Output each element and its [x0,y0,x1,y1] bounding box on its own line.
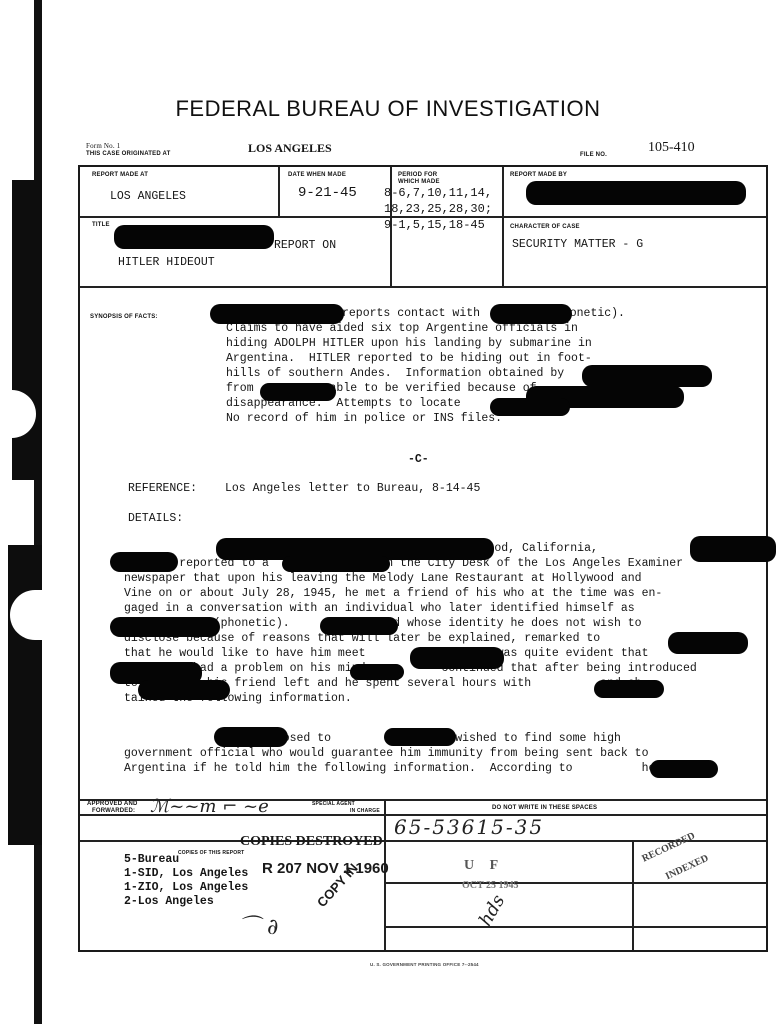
binding-edge [34,0,42,1024]
character-value: SECURITY MATTER - G [512,237,643,252]
file-no-value: 105-410 [648,140,695,155]
redaction [410,647,504,669]
synopsis-label: SYNOPSIS OF FACTS: [90,314,158,320]
footer-divider [384,926,766,928]
footer-divider [632,840,634,950]
redaction [650,760,718,778]
case-originated-label: THIS CASE ORIGINATED AT [86,151,171,157]
details-line: newspaper that upon his leaving the Melo… [124,571,697,586]
distribution-item: 1-SID, Los Angeles [124,867,248,881]
synopsis-line: hiding ADOLPH HITLER upon his landing by… [226,336,625,351]
redaction-agent-name [526,181,746,205]
form-number: Form No. 1 [86,142,120,150]
details-line: government official who would guarantee … [124,746,655,761]
reference-text: Los Angeles letter to Bureau, 8-14-45 [225,481,480,496]
file-no-label: FILE NO. [580,152,607,158]
character-label: CHARACTER OF CASE [510,224,580,230]
redaction [690,536,776,562]
redaction [138,680,230,700]
copies-destroyed-stamp: COPIES DESTROYED [240,834,383,850]
agency-title: FEDERAL BUREAU OF INVESTIGATION [0,96,776,122]
in-charge-label: IN CHARGE [350,808,380,814]
period-label: PERIOD FOR [398,172,437,178]
date-made-value: 9-21-45 [298,186,357,201]
reference-label: REFERENCE: [128,481,197,496]
report-made-at-label: REPORT MADE AT [92,172,148,178]
distribution-item: 5-Bureau [124,853,248,867]
received-date-fragment: OCT 25 1945 [462,880,519,891]
redaction [384,728,456,746]
details-line: Argentina if he told him the following i… [124,761,655,776]
approved-label: APPROVED AND [87,801,138,807]
details-label: DETAILS: [128,511,183,526]
redaction-informant [210,304,344,324]
special-agent-label: SPECIAL AGENT [312,801,355,807]
redaction [490,398,570,416]
printer-line: U. S. GOVERNMENT PRINTING OFFICE 7--2544 [370,962,479,967]
distribution-item: 1-ZIO, Los Angeles [124,881,248,895]
synopsis-line: Argentina. HITLER reported to be hiding … [226,351,625,366]
redaction [260,383,336,401]
period-label-2: WHICH MADE [398,179,440,185]
title-label: TITLE [92,222,110,228]
title-value-1: REPORT ON [274,238,336,253]
synopsis-line: hills of southern Andes. Information obt… [226,366,625,381]
period-line-2: 18,23,25,28,30; [384,202,492,217]
classification-mark: -C- [408,452,429,467]
details-line: Vine on or about July 28, 1945, he met a… [124,586,697,601]
redaction [110,617,220,637]
period-line-3: 9-1,5,15,18-45 [384,218,485,233]
redaction-title [114,225,274,249]
redaction-contact [490,304,572,324]
grid-divider [80,286,766,288]
handwritten-initials: ⌒ ∂ [238,910,278,941]
redaction [350,664,404,680]
date-made-label: DATE WHEN MADE [288,172,346,178]
redaction [320,617,398,635]
report-made-at-value: LOS ANGELES [110,189,186,204]
distribution-item: 2-Los Angeles [124,895,248,909]
destroyed-date-stamp: R 207 NOV 1 1960 [262,860,389,877]
report-made-by-label: REPORT MADE BY [510,172,567,178]
redaction [214,727,288,747]
grid-divider [502,167,504,287]
recorded-file-number: 65-53615-35 [394,815,544,839]
do-not-write-label: DO NOT WRITE IN THESE SPACES [492,805,597,811]
details-line: gaged in a conversation with an individu… [124,601,697,616]
redaction [282,556,390,572]
received-stamp-fragment: U F [464,858,504,874]
case-originated-value: LOS ANGELES [248,141,332,156]
handwritten-signature: ℳ~~m ⌐ ~e [150,796,269,817]
forwarded-label: FORWARDED: [92,808,135,814]
footer-divider [384,882,766,884]
redaction [582,365,712,387]
redaction [110,552,178,572]
redaction [594,680,664,698]
distribution-list: 5-Bureau 1-SID, Los Angeles 1-ZIO, Los A… [124,853,248,909]
period-line-1: 8-6,7,10,11,14, [384,186,492,201]
grid-divider [278,167,280,217]
footer-divider [80,840,766,842]
title-value-2: HITLER HIDEOUT [118,255,215,270]
redaction [668,632,748,654]
